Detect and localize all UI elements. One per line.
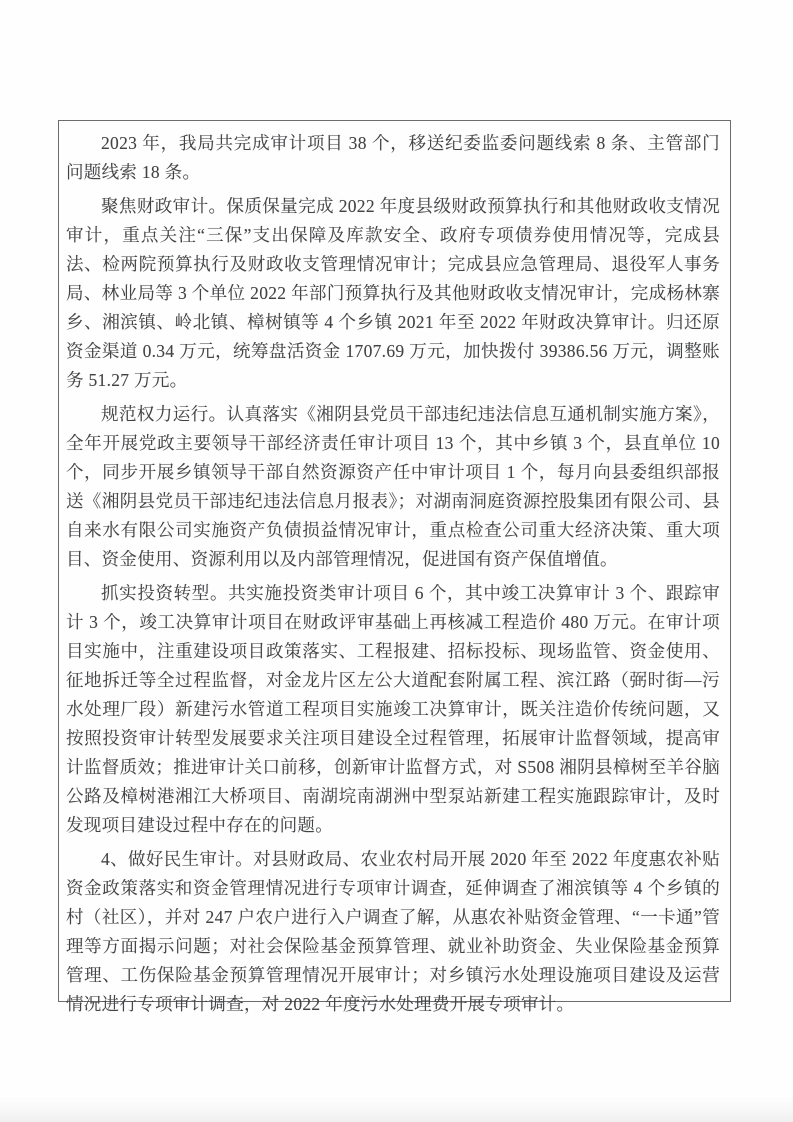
scan-smudge-artifact — [0, 1096, 793, 1122]
paragraph-livelihood-audit: 4、做好民生审计。对县财政局、农业农村局开展 2020 年至 2022 年度惠农… — [66, 845, 720, 1019]
document-text-border: 2023 年，我局共完成审计项目 38 个，移送纪委监委问题线索 8 条、主管部… — [58, 120, 731, 1002]
scanned-document-page: 2023 年，我局共完成审计项目 38 个，移送纪委监委问题线索 8 条、主管部… — [0, 0, 793, 1122]
paragraph-power-regulation: 规范权力运行。认真落实《湘阴县党员干部违纪违法信息互通机制实施方案》，全年开展党… — [66, 400, 720, 574]
paragraph-fiscal-audit: 聚焦财政审计。保质保量完成 2022 年度县级财政预算执行和其他财政收支情况审计… — [66, 192, 720, 395]
paragraph-investment-audit: 抓实投资转型。共实施投资类审计项目 6 个，其中竣工决算审计 3 个、跟踪审计 … — [66, 579, 720, 840]
paragraph-summary-2023: 2023 年，我局共完成审计项目 38 个，移送纪委监委问题线索 8 条、主管部… — [66, 129, 720, 187]
